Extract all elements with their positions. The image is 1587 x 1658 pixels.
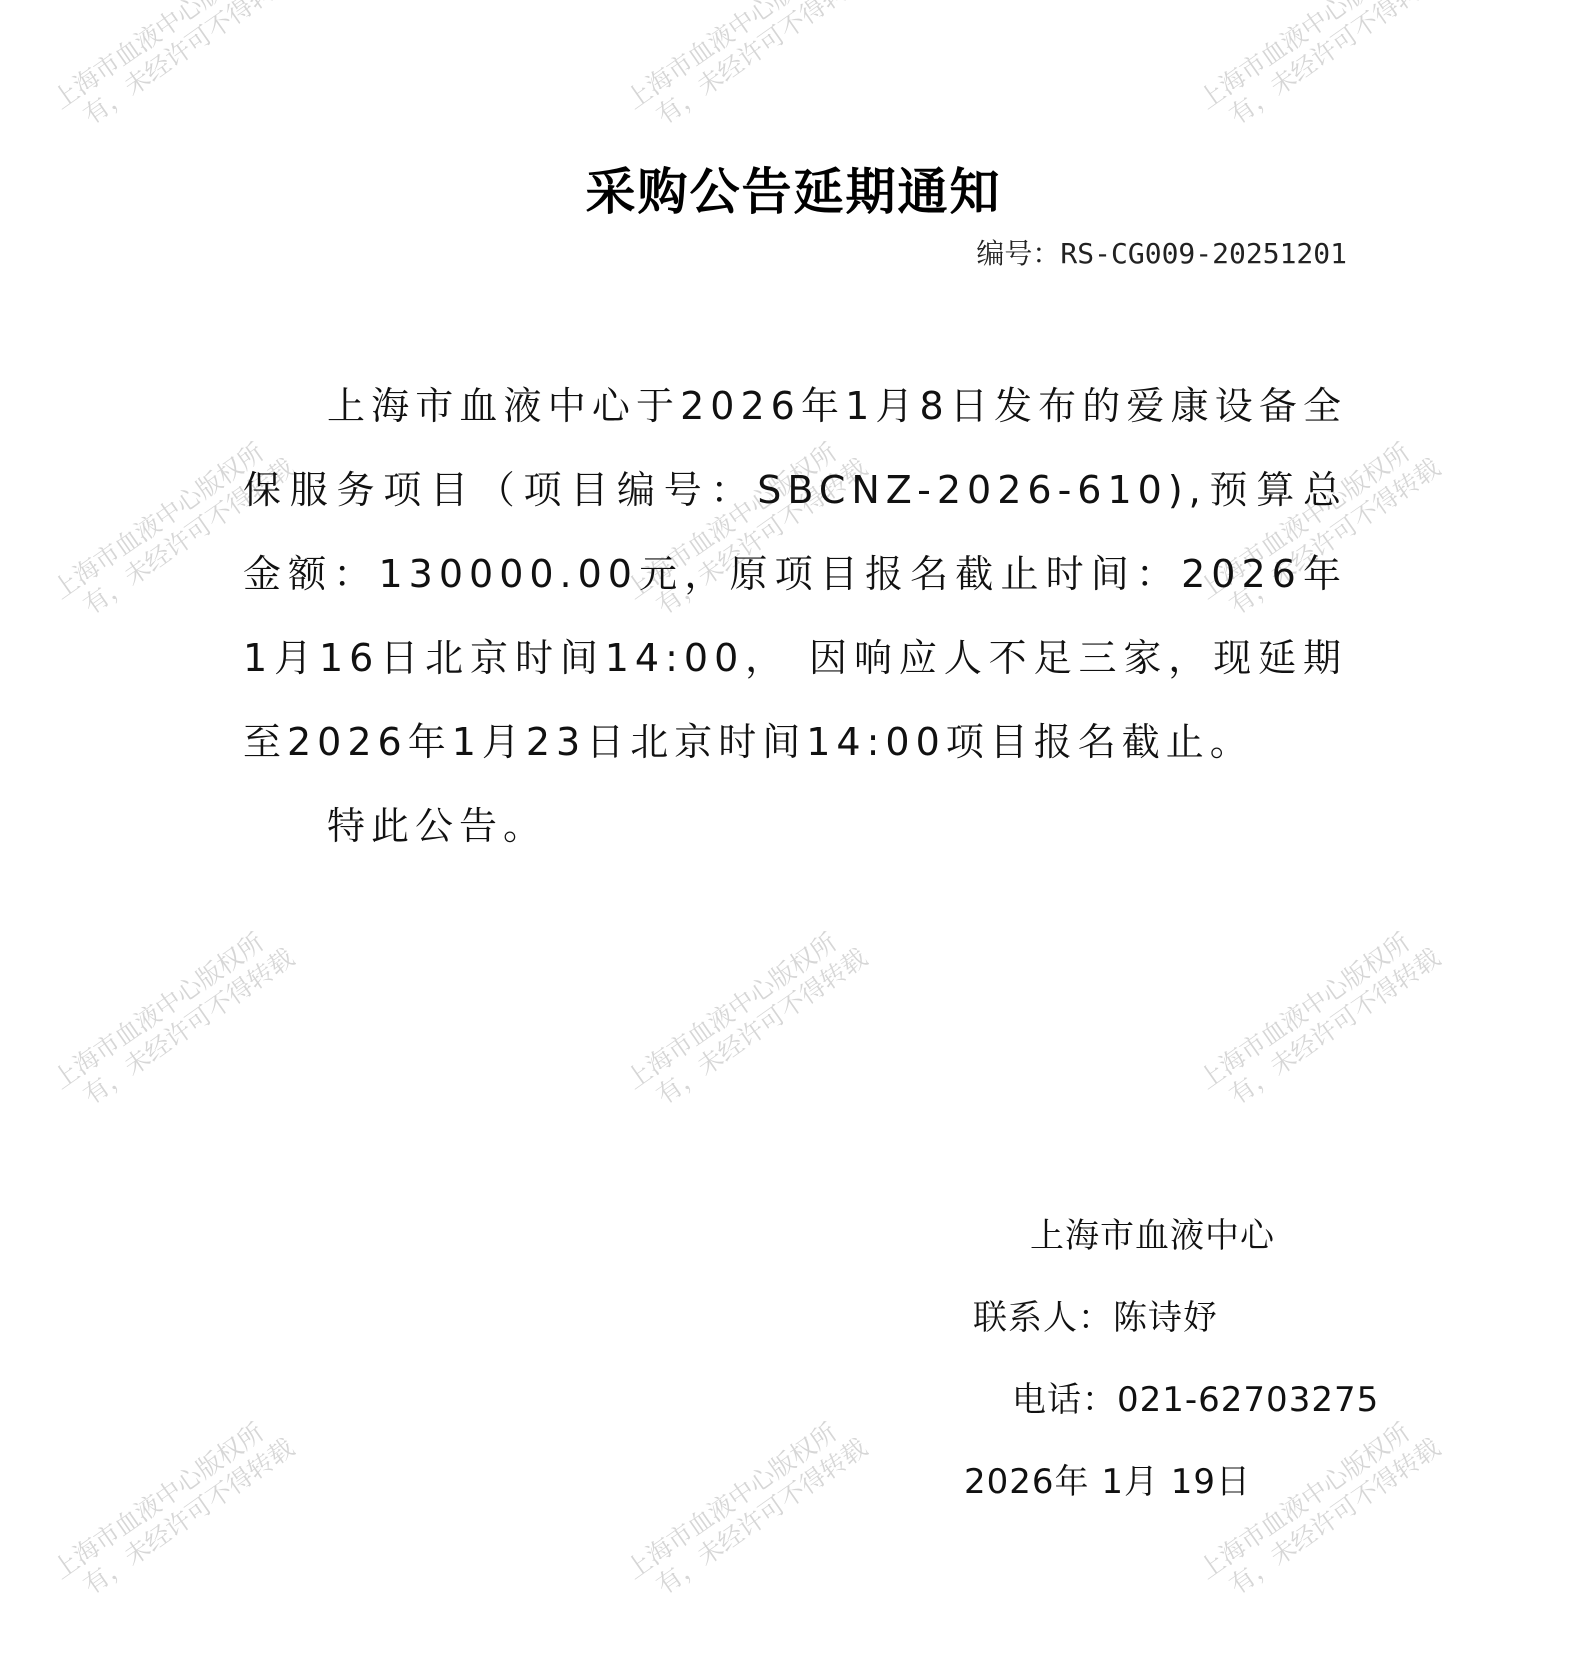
signature-date: 2026年 1月 19日 xyxy=(964,1454,1251,1503)
contact-name: 陈诗妤 xyxy=(1113,1298,1218,1338)
document-title: 采购公告延期通知 xyxy=(0,152,1587,224)
document-number-label: 编号： xyxy=(976,237,1060,270)
phone-value: 021-62703275 xyxy=(1117,1380,1379,1420)
document-number-value: RS-CG009-20251201 xyxy=(1060,237,1347,270)
closing-statement: 特此公告。 xyxy=(243,784,1347,868)
signature-organization: 上海市血液中心 xyxy=(1030,1208,1275,1257)
contact-label: 联系人： xyxy=(973,1298,1113,1338)
signature-phone: 电话：021-62703275 xyxy=(1012,1372,1379,1421)
notice-paragraph: 上海市血液中心于2026年1月8日发布的爱康设备全保服务项目（项目编号：SBCN… xyxy=(243,364,1347,784)
phone-label: 电话： xyxy=(1012,1380,1117,1420)
signature-contact: 联系人：陈诗妤 xyxy=(973,1290,1218,1339)
notice-body: 上海市血液中心于2026年1月8日发布的爱康设备全保服务项目（项目编号：SBCN… xyxy=(243,364,1347,868)
document-page: 采购公告延期通知 编号：RS-CG009-20251201 上海市血液中心于20… xyxy=(0,0,1587,1658)
document-number: 编号：RS-CG009-20251201 xyxy=(976,232,1347,272)
